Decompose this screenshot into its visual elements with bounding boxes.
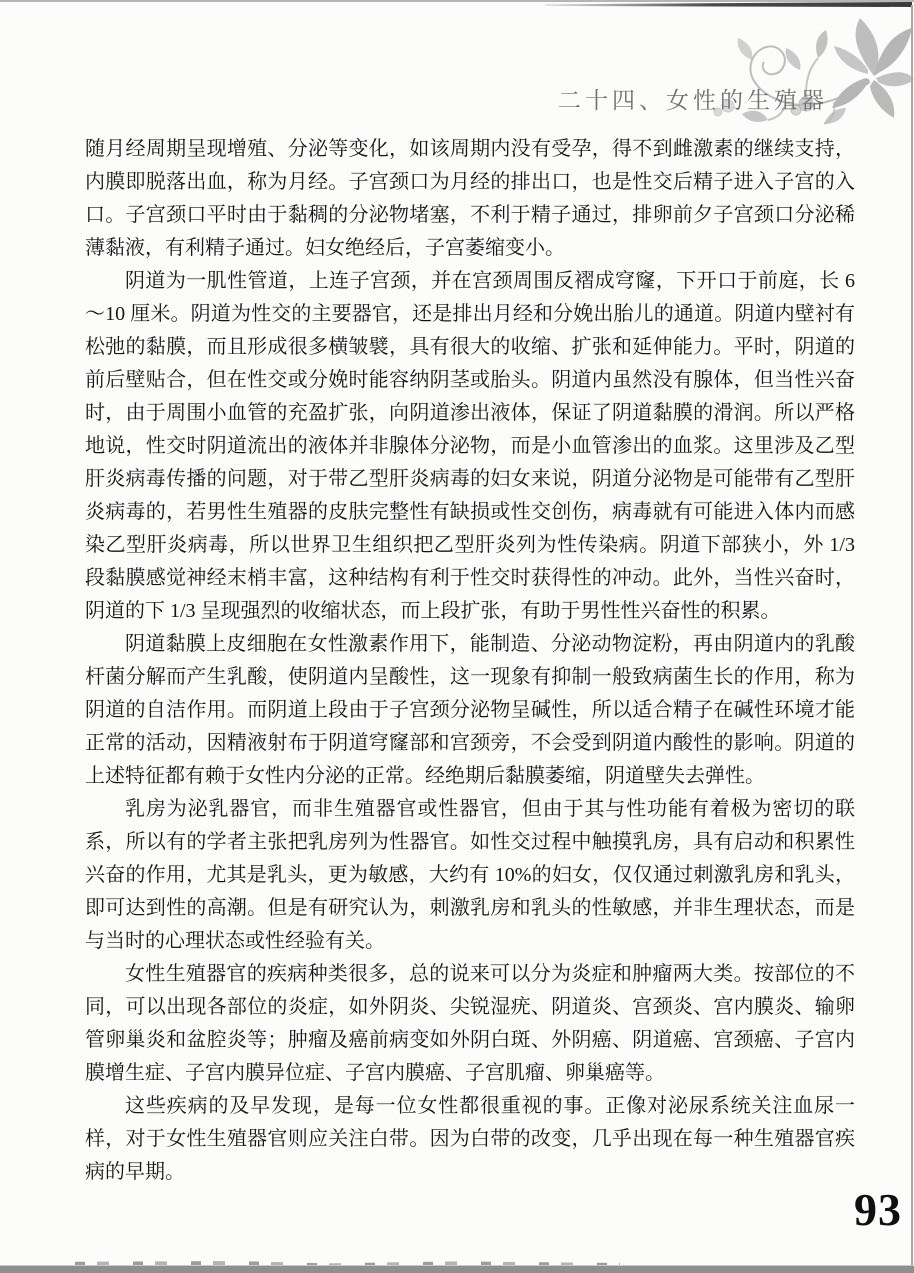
chapter-title: 二十四、女性的生殖器 (558, 82, 828, 115)
top-edge-rule (0, 0, 914, 2)
paragraph-2: 阴道为一肌性管道，上连子宫颈，并在宫颈周围反褶成穹窿，下开口于前庭，长 6～10… (85, 265, 855, 628)
paragraph-4: 乳房为泌乳器官，而非生殖器官或性器官，但由于其与性功能有着极为密切的联系，所以有… (85, 793, 855, 958)
paragraph-5: 女性生殖器官的疾病种类很多，总的说来可以分为炎症和肿瘤两大类。按部位的不同，可以… (85, 958, 855, 1090)
paragraph-3: 阴道黏膜上皮细胞在女性激素作用下，能制造、分泌动物淀粉，再由阴道内的乳酸杆菌分解… (85, 628, 855, 793)
scan-artifacts (75, 1261, 620, 1265)
book-page: 二十四、女性的生殖器 随月经周期呈现增殖、分泌等变化，如该周期内没有受孕，得不到… (0, 0, 914, 1273)
right-edge-rule (911, 5, 913, 1273)
paragraph-6: 这些疾病的及早发现，是每一位女性都很重视的事。正像对泌尿系统关注血尿一样，对于女… (85, 1090, 855, 1189)
body-text: 随月经周期呈现增殖、分泌等变化，如该周期内没有受孕，得不到雌激素的继续支持，内膜… (85, 133, 855, 1189)
paragraph-1: 随月经周期呈现增殖、分泌等变化，如该周期内没有受孕，得不到雌激素的继续支持，内膜… (85, 133, 855, 265)
bottom-edge-bar (0, 1266, 914, 1273)
page-number: 93 (854, 1183, 902, 1236)
